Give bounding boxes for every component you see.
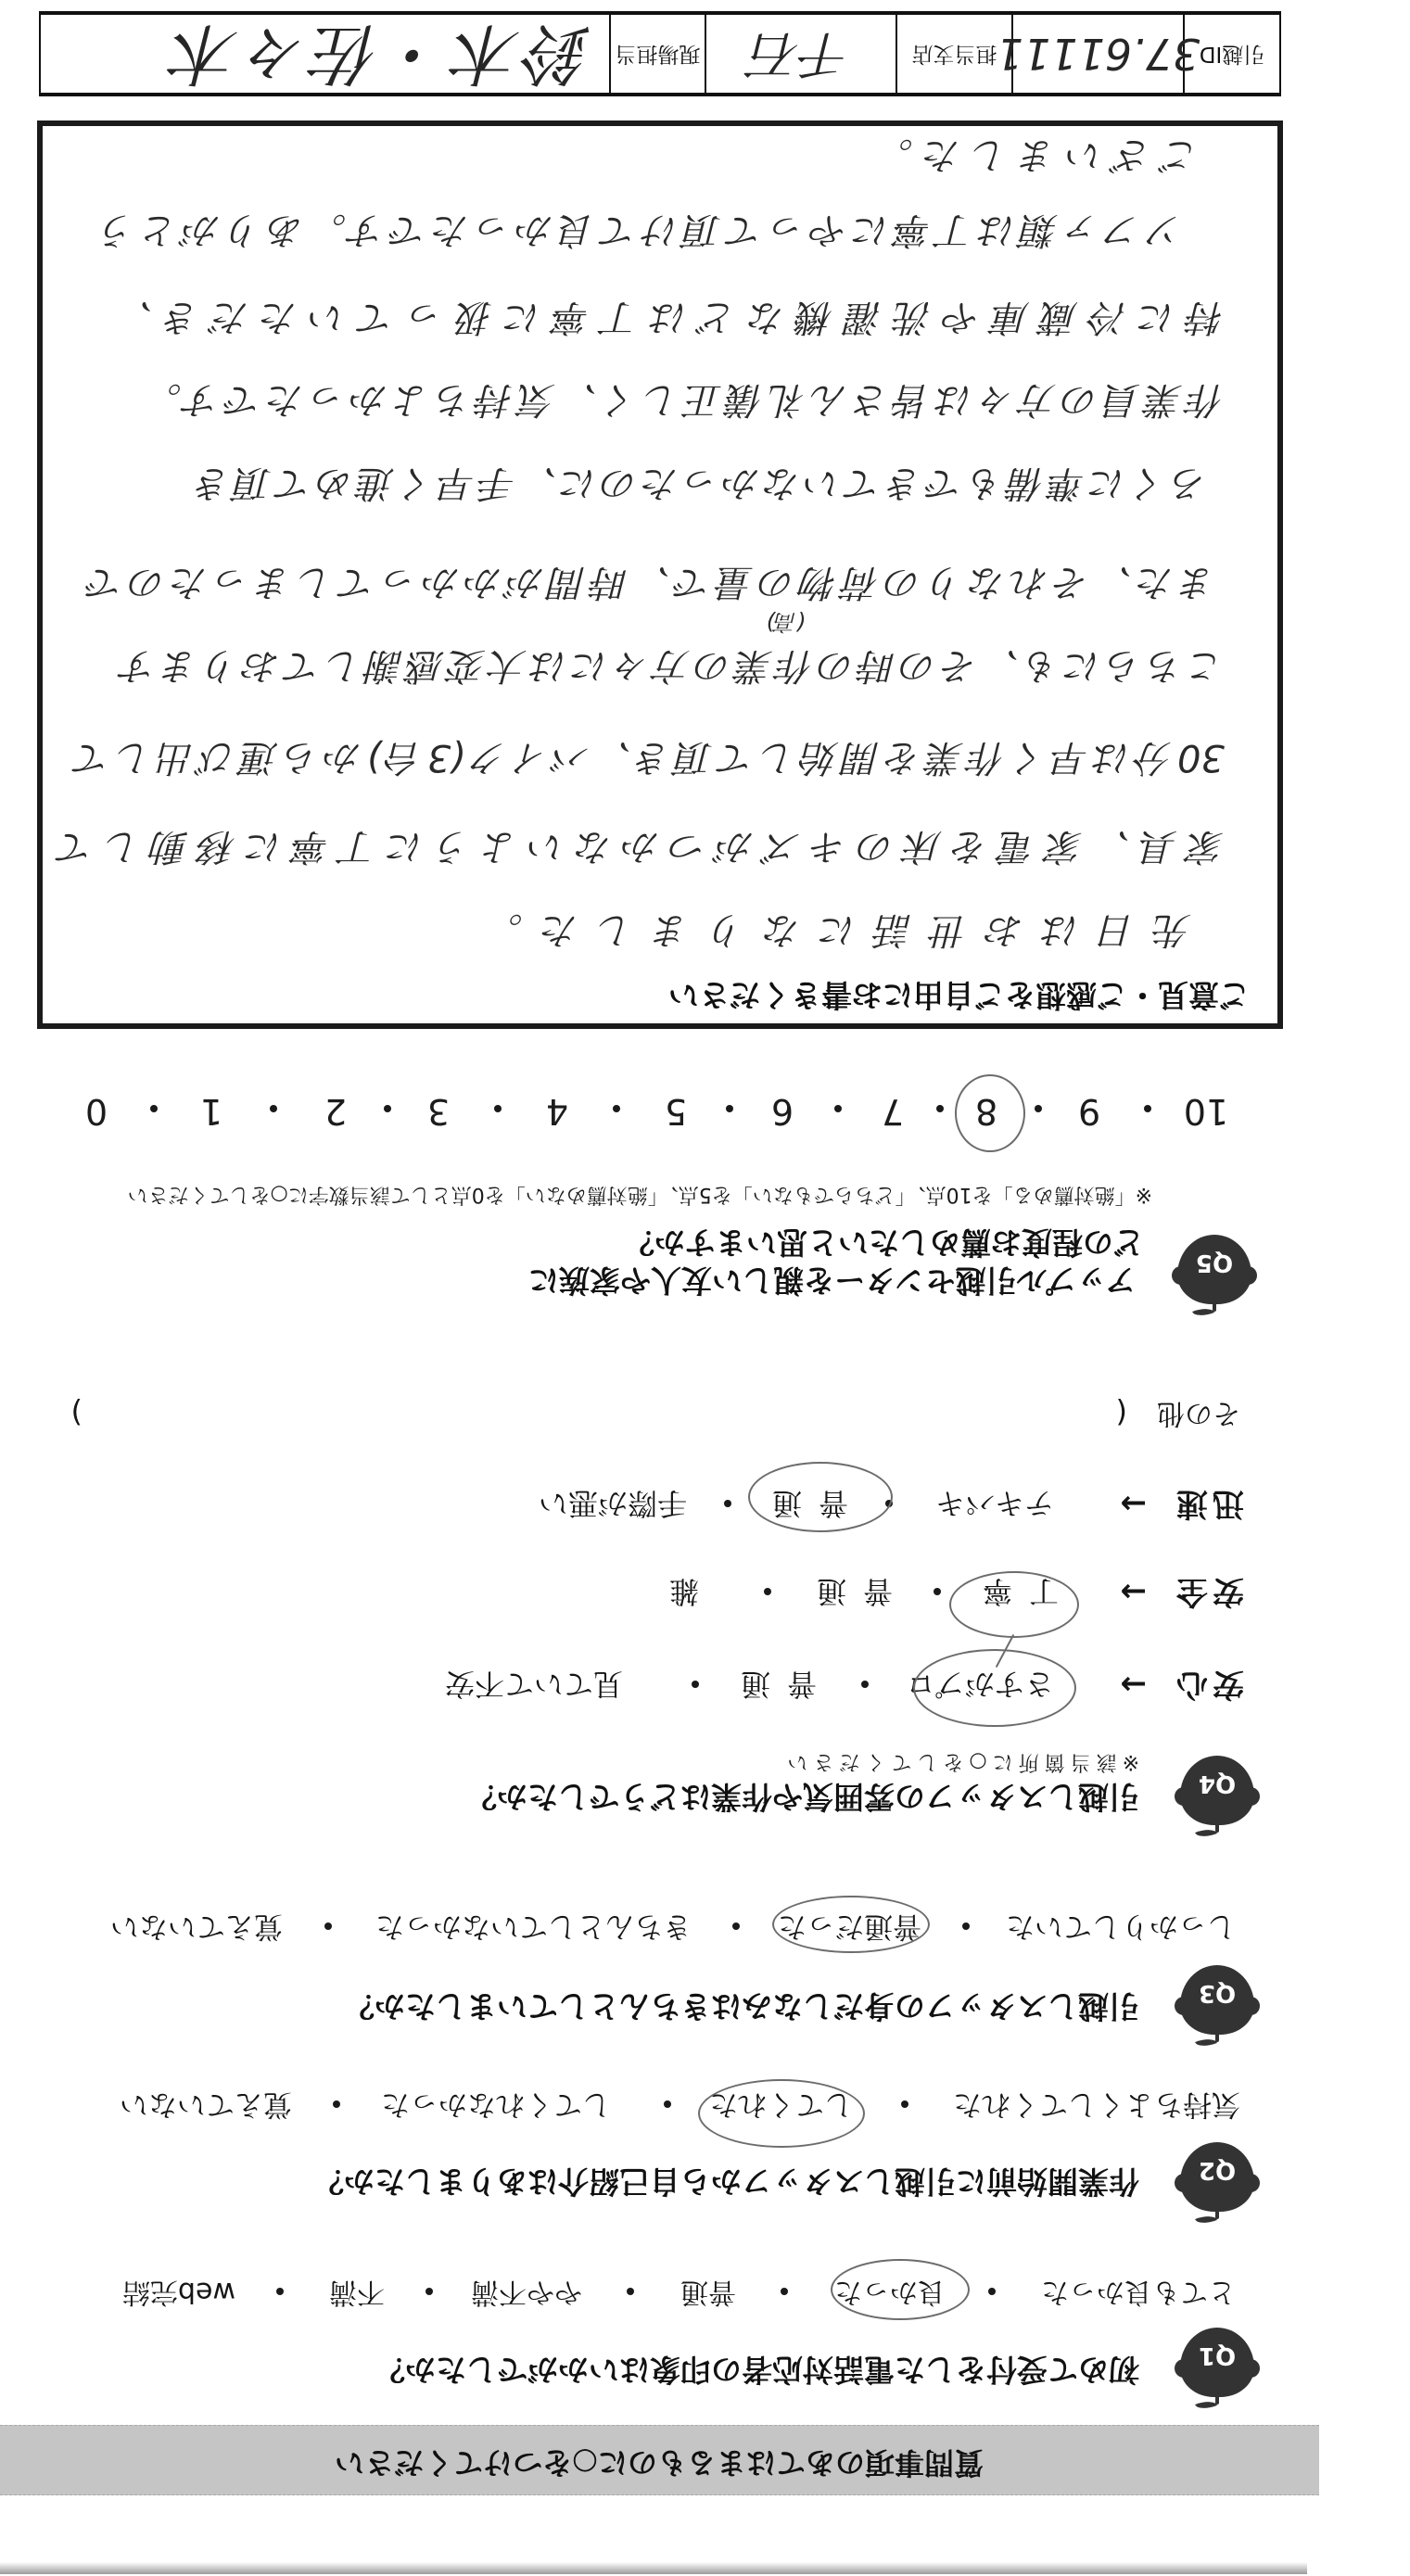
separator-dot: [692, 1681, 699, 1688]
q4-note: ※該当箇所に○をしてください: [781, 1749, 1139, 1773]
separator-dot: [276, 2288, 284, 2295]
q1-question: 初めて受付をした電話対応者の印象はいかがでしたか？: [375, 2353, 1139, 2386]
q1-option[interactable]: 不満: [329, 2276, 385, 2307]
branch-value-cell[interactable]: 千石: [705, 15, 896, 93]
pencil-circle-mark: [831, 2259, 970, 2320]
q4-row-label-anshin: 安心: [1172, 1668, 1244, 1701]
staff-label-cell: 現場担当: [609, 15, 705, 93]
separator-dot: [324, 1922, 332, 1930]
survey-sheet: 質問事項のあてはまるものに○をつけてください Q1 初めて受付をした電話対応者の…: [0, 0, 1410, 2576]
comment-line: ソファ類は丁寧にやって頂けて良かったです。ありがとう: [99, 208, 1184, 252]
move-id-label: 引越ID: [1200, 42, 1265, 66]
separator-dot: [962, 1922, 970, 1930]
instructions-text: 質問事項のあてはまるものに○をつけてください: [335, 2446, 984, 2480]
q4-anzen-option[interactable]: 雑: [669, 1575, 699, 1608]
q4-anzen-option[interactable]: 普通: [800, 1575, 893, 1608]
q3-question: 引越しスタッフの身だしなみはきちんとしていましたか？: [344, 1989, 1139, 2023]
score-1[interactable]: 1: [179, 1093, 244, 1130]
comments-label: ご意見・ご感想をご自由にお書きください: [668, 978, 1250, 1011]
q4-row-label-anzen: 安全: [1172, 1575, 1244, 1608]
q4-other-open-paren: (: [1116, 1396, 1127, 1429]
comment-line: ございました。: [876, 133, 1200, 177]
q5-question-line1: アップル引越センターを親しい友人や家族に: [528, 1263, 1136, 1297]
score-5[interactable]: 5: [643, 1093, 708, 1130]
comment-line: 作業員の方々は皆さん礼儀正しく、気持ちよかったです。: [145, 377, 1225, 422]
q4-jinsoku-option[interactable]: テキパキ: [935, 1487, 1054, 1520]
separator-dot: [834, 1105, 842, 1112]
pencil-circle-mark: [748, 1462, 893, 1532]
separator-dot: [1035, 1105, 1042, 1112]
comment-line: 先日はお世話になりました。: [486, 907, 1191, 952]
separator-dot: [934, 1588, 941, 1595]
comment-line: 30分は早く作業を開始して頂き、バイク(3台)から運び出して: [74, 735, 1225, 780]
comment-annotation: (高): [766, 609, 806, 635]
score-9[interactable]: 9: [1057, 1093, 1122, 1130]
comment-line: また、それなりの荷物の量で、時間がかかってしまったので: [87, 560, 1216, 604]
pencil-circle-mark: [772, 1896, 930, 1953]
q4-apple-badge-icon: Q4: [1175, 1756, 1260, 1837]
q5-apple-badge-icon: Q5: [1172, 1235, 1257, 1316]
pencil-circle-mark: [949, 1571, 1079, 1638]
comment-line: ろくに準備もできていなかったのに、手早く進めて頂き: [195, 461, 1208, 505]
separator-dot: [726, 1105, 733, 1112]
separator-dot: [861, 1681, 869, 1688]
comment-line: 特に冷蔵庫や洗濯機などは丁寧に扱っていただき、: [116, 295, 1225, 339]
leaf-icon: [1195, 2213, 1217, 2227]
q1-apple-badge-icon: Q1: [1175, 2328, 1260, 2409]
branch-label: 担当支店: [912, 42, 997, 66]
arrow-right-icon: →: [1121, 1575, 1148, 1608]
q2-option[interactable]: してくれなかった: [381, 2088, 611, 2120]
q4-other-label: その他: [1157, 1396, 1240, 1429]
instructions-band: 質問事項のあてはまるものに○をつけてください: [0, 2425, 1319, 2495]
q4-row-label-jinsoku: 迅速: [1172, 1487, 1244, 1520]
q5-question-line2: どの程度お薦めしたいと思いますか？: [624, 1225, 1144, 1259]
q4-question: 引越しスタッフの雰囲気や作業はどうでしたか？: [466, 1780, 1139, 1813]
badge-label: Q2: [1180, 2157, 1254, 2183]
q2-option[interactable]: 覚えていない: [120, 2088, 292, 2120]
separator-dot: [150, 1105, 158, 1112]
branch-value: 千石: [751, 29, 851, 79]
q3-option[interactable]: しっかりしていた: [1006, 1910, 1236, 1942]
q4-other-close-paren: ): [71, 1396, 83, 1429]
score-3[interactable]: 3: [406, 1093, 471, 1130]
paper-edge-shadow: [0, 2562, 1307, 2574]
arrow-right-icon: →: [1121, 1487, 1148, 1520]
leaf-icon: [1195, 2036, 1217, 2050]
separator-dot: [936, 1105, 944, 1112]
branch-label-cell: 担当支店: [896, 15, 1011, 93]
separator-dot: [724, 1500, 731, 1507]
separator-dot: [988, 2288, 996, 2295]
pencil-circle-mark: [698, 2079, 865, 2148]
q4-jinsoku-option[interactable]: 手際が悪い: [539, 1487, 687, 1520]
pencil-circle-mark: [955, 1074, 1025, 1152]
separator-dot: [901, 2100, 908, 2108]
staff-label: 現場担当: [616, 42, 701, 66]
q2-apple-badge-icon: Q2: [1175, 2142, 1260, 2224]
move-id-value-cell[interactable]: 37.61111: [1011, 15, 1183, 93]
move-id-value: 37.61111: [997, 32, 1200, 75]
staff-value-cell[interactable]: 鈴木・佐々木: [41, 15, 609, 93]
separator-dot: [781, 2288, 788, 2295]
score-10[interactable]: 10: [1174, 1093, 1239, 1130]
q3-option[interactable]: きちんとしていなかった: [375, 1910, 692, 1942]
q1-option[interactable]: とても良かった: [1041, 2276, 1236, 2307]
leaf-icon: [1195, 2398, 1217, 2413]
comment-line: こちらにも、その時の作業の方々には大変感謝しております: [121, 643, 1225, 688]
q2-option[interactable]: 気持ちよくしてくれた: [953, 2088, 1240, 2120]
score-6[interactable]: 6: [750, 1093, 815, 1130]
arrow-right-icon: →: [1121, 1668, 1148, 1701]
separator-dot: [333, 2100, 340, 2108]
q2-question: 作業開始前に引越しスタッフから自己紹介はありましたか？: [313, 2164, 1139, 2198]
badge-label: Q5: [1177, 1250, 1251, 1275]
score-2[interactable]: 2: [303, 1093, 368, 1130]
separator-dot: [627, 2288, 634, 2295]
comment-line: 家具、家電を床のキズがつかないように丁寧に移動して: [57, 824, 1225, 869]
separator-dot: [664, 2100, 671, 2108]
badge-label: Q1: [1180, 2342, 1254, 2368]
q1-option[interactable]: web完結: [122, 2276, 235, 2307]
q1-option[interactable]: 普通: [680, 2276, 736, 2307]
move-info-table: 引越ID 37.61111 担当支店 千石 現場担当 鈴木・佐々木: [39, 11, 1281, 96]
pencil-circle-mark: [913, 1649, 1076, 1727]
q1-option[interactable]: やや不満: [471, 2276, 582, 2307]
badge-label: Q3: [1180, 1980, 1254, 2006]
leaf-icon: [1195, 1826, 1217, 1841]
separator-dot: [494, 1105, 502, 1112]
leaf-icon: [1192, 1305, 1214, 1320]
separator-dot: [732, 1922, 740, 1930]
score-0[interactable]: 0: [64, 1093, 129, 1130]
separator-dot: [384, 1105, 391, 1112]
staff-names: 鈴木・佐々木: [170, 20, 592, 87]
separator-dot: [270, 1105, 277, 1112]
separator-dot: [1144, 1105, 1151, 1112]
q4-anshin-option[interactable]: 見ていて不安: [445, 1668, 623, 1701]
score-4[interactable]: 4: [525, 1093, 590, 1130]
separator-dot: [426, 2288, 433, 2295]
q4-anshin-option[interactable]: 普通: [724, 1668, 817, 1701]
score-7[interactable]: 7: [860, 1093, 925, 1130]
q3-apple-badge-icon: Q3: [1175, 1965, 1260, 2047]
separator-dot: [764, 1588, 771, 1595]
separator-dot: [613, 1105, 620, 1112]
badge-label: Q4: [1180, 1770, 1254, 1796]
q5-note: ※「絶対薦める」を10点、「どちらでもない」を5点、「絶対薦めない」を0点として…: [128, 1182, 1152, 1206]
q3-option[interactable]: 覚えていない: [110, 1910, 283, 1942]
q4-other-field[interactable]: [94, 1396, 1104, 1429]
